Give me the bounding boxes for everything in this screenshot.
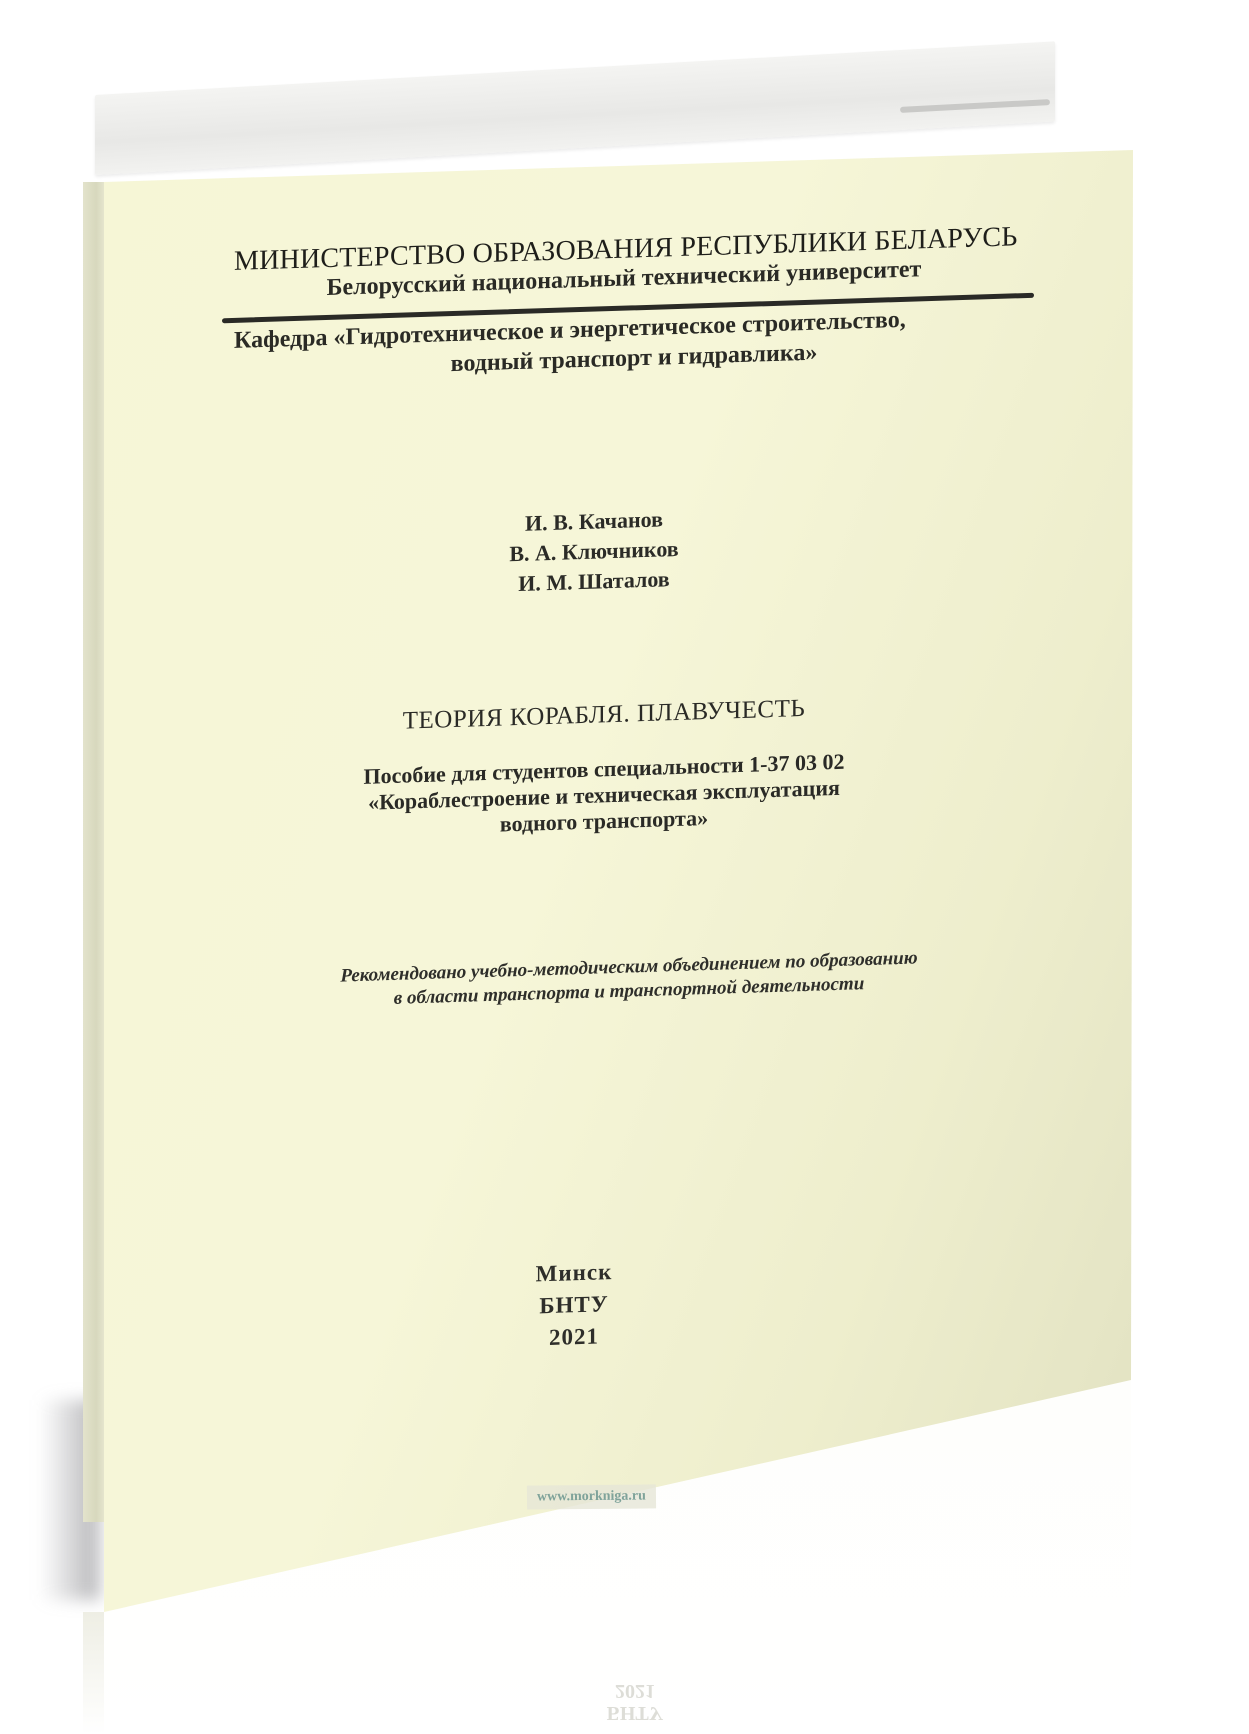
reflected-line: БНТУ xyxy=(585,1702,685,1724)
reflected-line: 2021 xyxy=(585,1680,685,1702)
book-subtitle: Пособие для студентов специальности 1-37… xyxy=(304,747,904,844)
imprint-year: 2021 xyxy=(464,1318,684,1357)
book-mockup: МИНИСТЕРСТВО ОБРАЗОВАНИЯ РЕСПУБЛИКИ БЕЛА… xyxy=(0,0,1249,1734)
authors: И. В. Качанов В. А. Ключников И. М. Шата… xyxy=(464,503,724,601)
watermark: www.morkniga.ru xyxy=(527,1484,656,1509)
book-spine xyxy=(83,182,105,1522)
imprint: Минск БНТУ 2021 xyxy=(464,1254,684,1357)
book-title: ТЕОРИЯ КОРАБЛЯ. ПЛАВУЧЕСТЬ xyxy=(354,693,854,737)
recommendation-note: Рекомендовано учебно-методическим объеди… xyxy=(234,943,1024,1016)
cover-content: МИНИСТЕРСТВО ОБРАЗОВАНИЯ РЕСПУБЛИКИ БЕЛА… xyxy=(104,150,1132,1582)
reflected-imprint: БНТУ 2021 xyxy=(585,1680,685,1724)
spine-reflection xyxy=(83,1612,105,1734)
